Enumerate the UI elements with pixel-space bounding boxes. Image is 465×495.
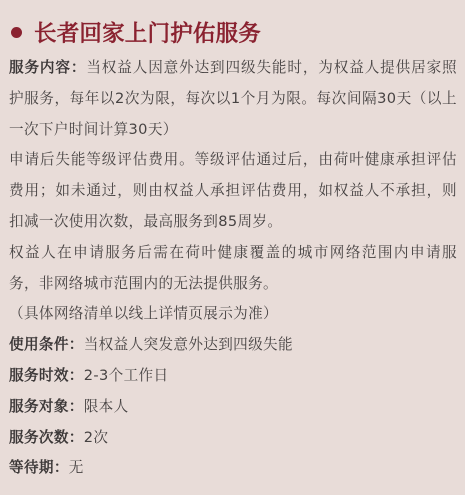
detail-label: 使用条件： [9, 336, 84, 353]
detail-label: 服务对象： [9, 398, 84, 415]
detail-value: 当权益人突发意外达到四级失能 [84, 336, 293, 353]
service-content-paragraph: 服务内容：当权益人因意外达到四级失能时，为权益人提供居家照护服务，每年以2次为限… [9, 53, 457, 145]
bullet-dot-icon [11, 27, 22, 38]
service-detail-page: 长者回家上门护佑服务 服务内容：当权益人因意外达到四级失能时，为权益人提供居家照… [0, 0, 465, 495]
detail-label: 服务次数： [9, 429, 84, 446]
section-title: 长者回家上门护佑服务 [34, 16, 261, 48]
assessment-paragraph: 申请后失能等级评估费用。等级评估通过后，由荷叶健康承担评估费用；如未通过，则由权… [9, 145, 457, 237]
detail-service-count: 服务次数：2次 [9, 423, 457, 454]
detail-service-target: 服务对象：限本人 [9, 392, 457, 423]
service-content-label: 服务内容： [9, 59, 86, 76]
detail-service-timeliness: 服务时效：2-3个工作日 [9, 361, 457, 392]
section-header: 长者回家上门护佑服务 [9, 14, 457, 50]
service-description: 服务内容：当权益人因意外达到四级失能时，为权益人提供居家照护服务，每年以2次为限… [9, 53, 457, 484]
detail-value: 2次 [84, 429, 109, 446]
network-paragraph: 权益人在申请服务后需在荷叶健康覆盖的城市网络范围内申请服务，非网络城市范围内的无… [9, 238, 457, 300]
detail-usage-condition: 使用条件：当权益人突发意外达到四级失能 [9, 330, 457, 361]
network-note: （具体网络清单以线上详情页展示为准） [9, 299, 457, 330]
detail-label: 服务时效： [9, 367, 84, 384]
detail-value: 2-3个工作日 [84, 367, 169, 384]
detail-waiting-period: 等待期：无 [9, 453, 457, 484]
detail-value: 无 [69, 459, 84, 476]
detail-label: 等待期： [9, 459, 69, 476]
detail-value: 限本人 [84, 398, 129, 415]
